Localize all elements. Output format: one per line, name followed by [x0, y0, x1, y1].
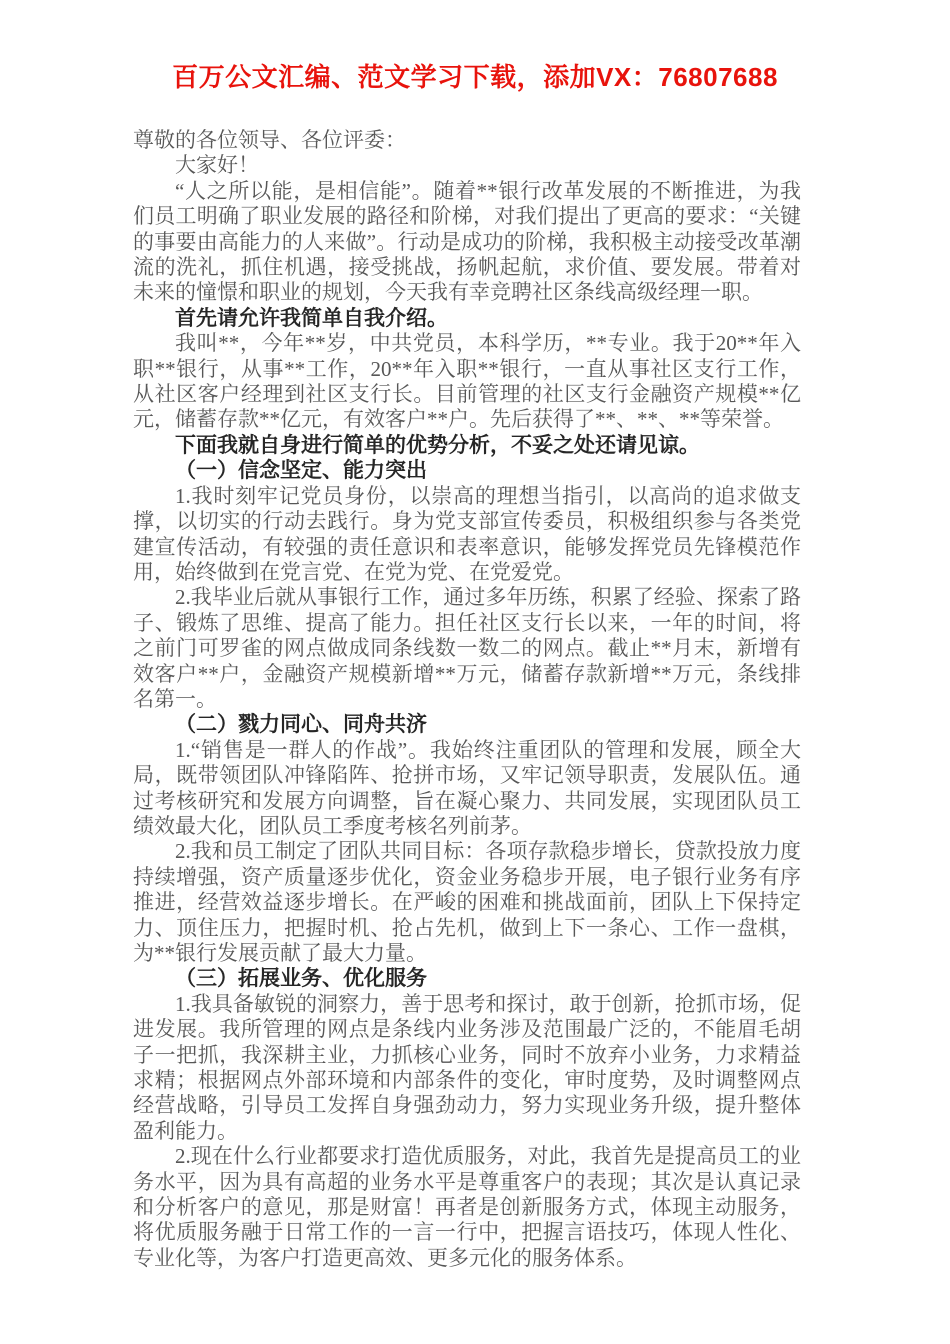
paragraph: 1.我具备敏锐的洞察力，善于思考和探讨，敢于创新，抢抓市场，促进发展。我所管理的… [133, 992, 801, 1144]
promo-header-notice: 百万公文汇编、范文学习下载，添加VX：76807688 [0, 62, 950, 92]
section-heading: 首先请允许我简单自我介绍。 [133, 306, 801, 331]
paragraph: 1.我时刻牢记党员身份，以崇高的理想当指引，以高尚的追求做支撑，以切实的行动去践… [133, 484, 801, 586]
section-heading: 下面我就自身进行简单的优势分析，不妥之处还请见谅。 [133, 433, 801, 458]
paragraph: 2.我毕业后就从事银行工作，通过多年历练，积累了经验、探索了路子、锻炼了思维、提… [133, 585, 801, 712]
section-heading: （三）拓展业务、优化服务 [133, 966, 801, 991]
section-heading: （二）戮力同心、同舟共济 [133, 712, 801, 737]
paragraph: 大家好！ [133, 153, 801, 178]
paragraph: 2.我和员工制定了团队共同目标：各项存款稳步增长，贷款投放力度持续增强，资产质量… [133, 839, 801, 966]
paragraph: 尊敬的各位领导、各位评委： [133, 128, 801, 153]
document-page: { "header": { "notice": "百万公文汇编、范文学习下载，添… [0, 0, 950, 1344]
paragraph: 我叫**，今年**岁，中共党员，本科学历，**专业。我于20**年入职**银行，… [133, 331, 801, 433]
paragraph: “人之所以能，是相信能”。随着**银行改革发展的不断推进，为我们员工明确了职业发… [133, 179, 801, 306]
paragraph: 2.现在什么行业都要求打造优质服务，对此，我首先是提高员工的业务水平，因为具有高… [133, 1144, 801, 1271]
document-body: 尊敬的各位领导、各位评委：大家好！“人之所以能，是相信能”。随着**银行改革发展… [133, 128, 801, 1271]
paragraph: 1.“销售是一群人的作战”。我始终注重团队的管理和发展，顾全大局，既带领团队冲锋… [133, 738, 801, 840]
section-heading: （一）信念坚定、能力突出 [133, 458, 801, 483]
